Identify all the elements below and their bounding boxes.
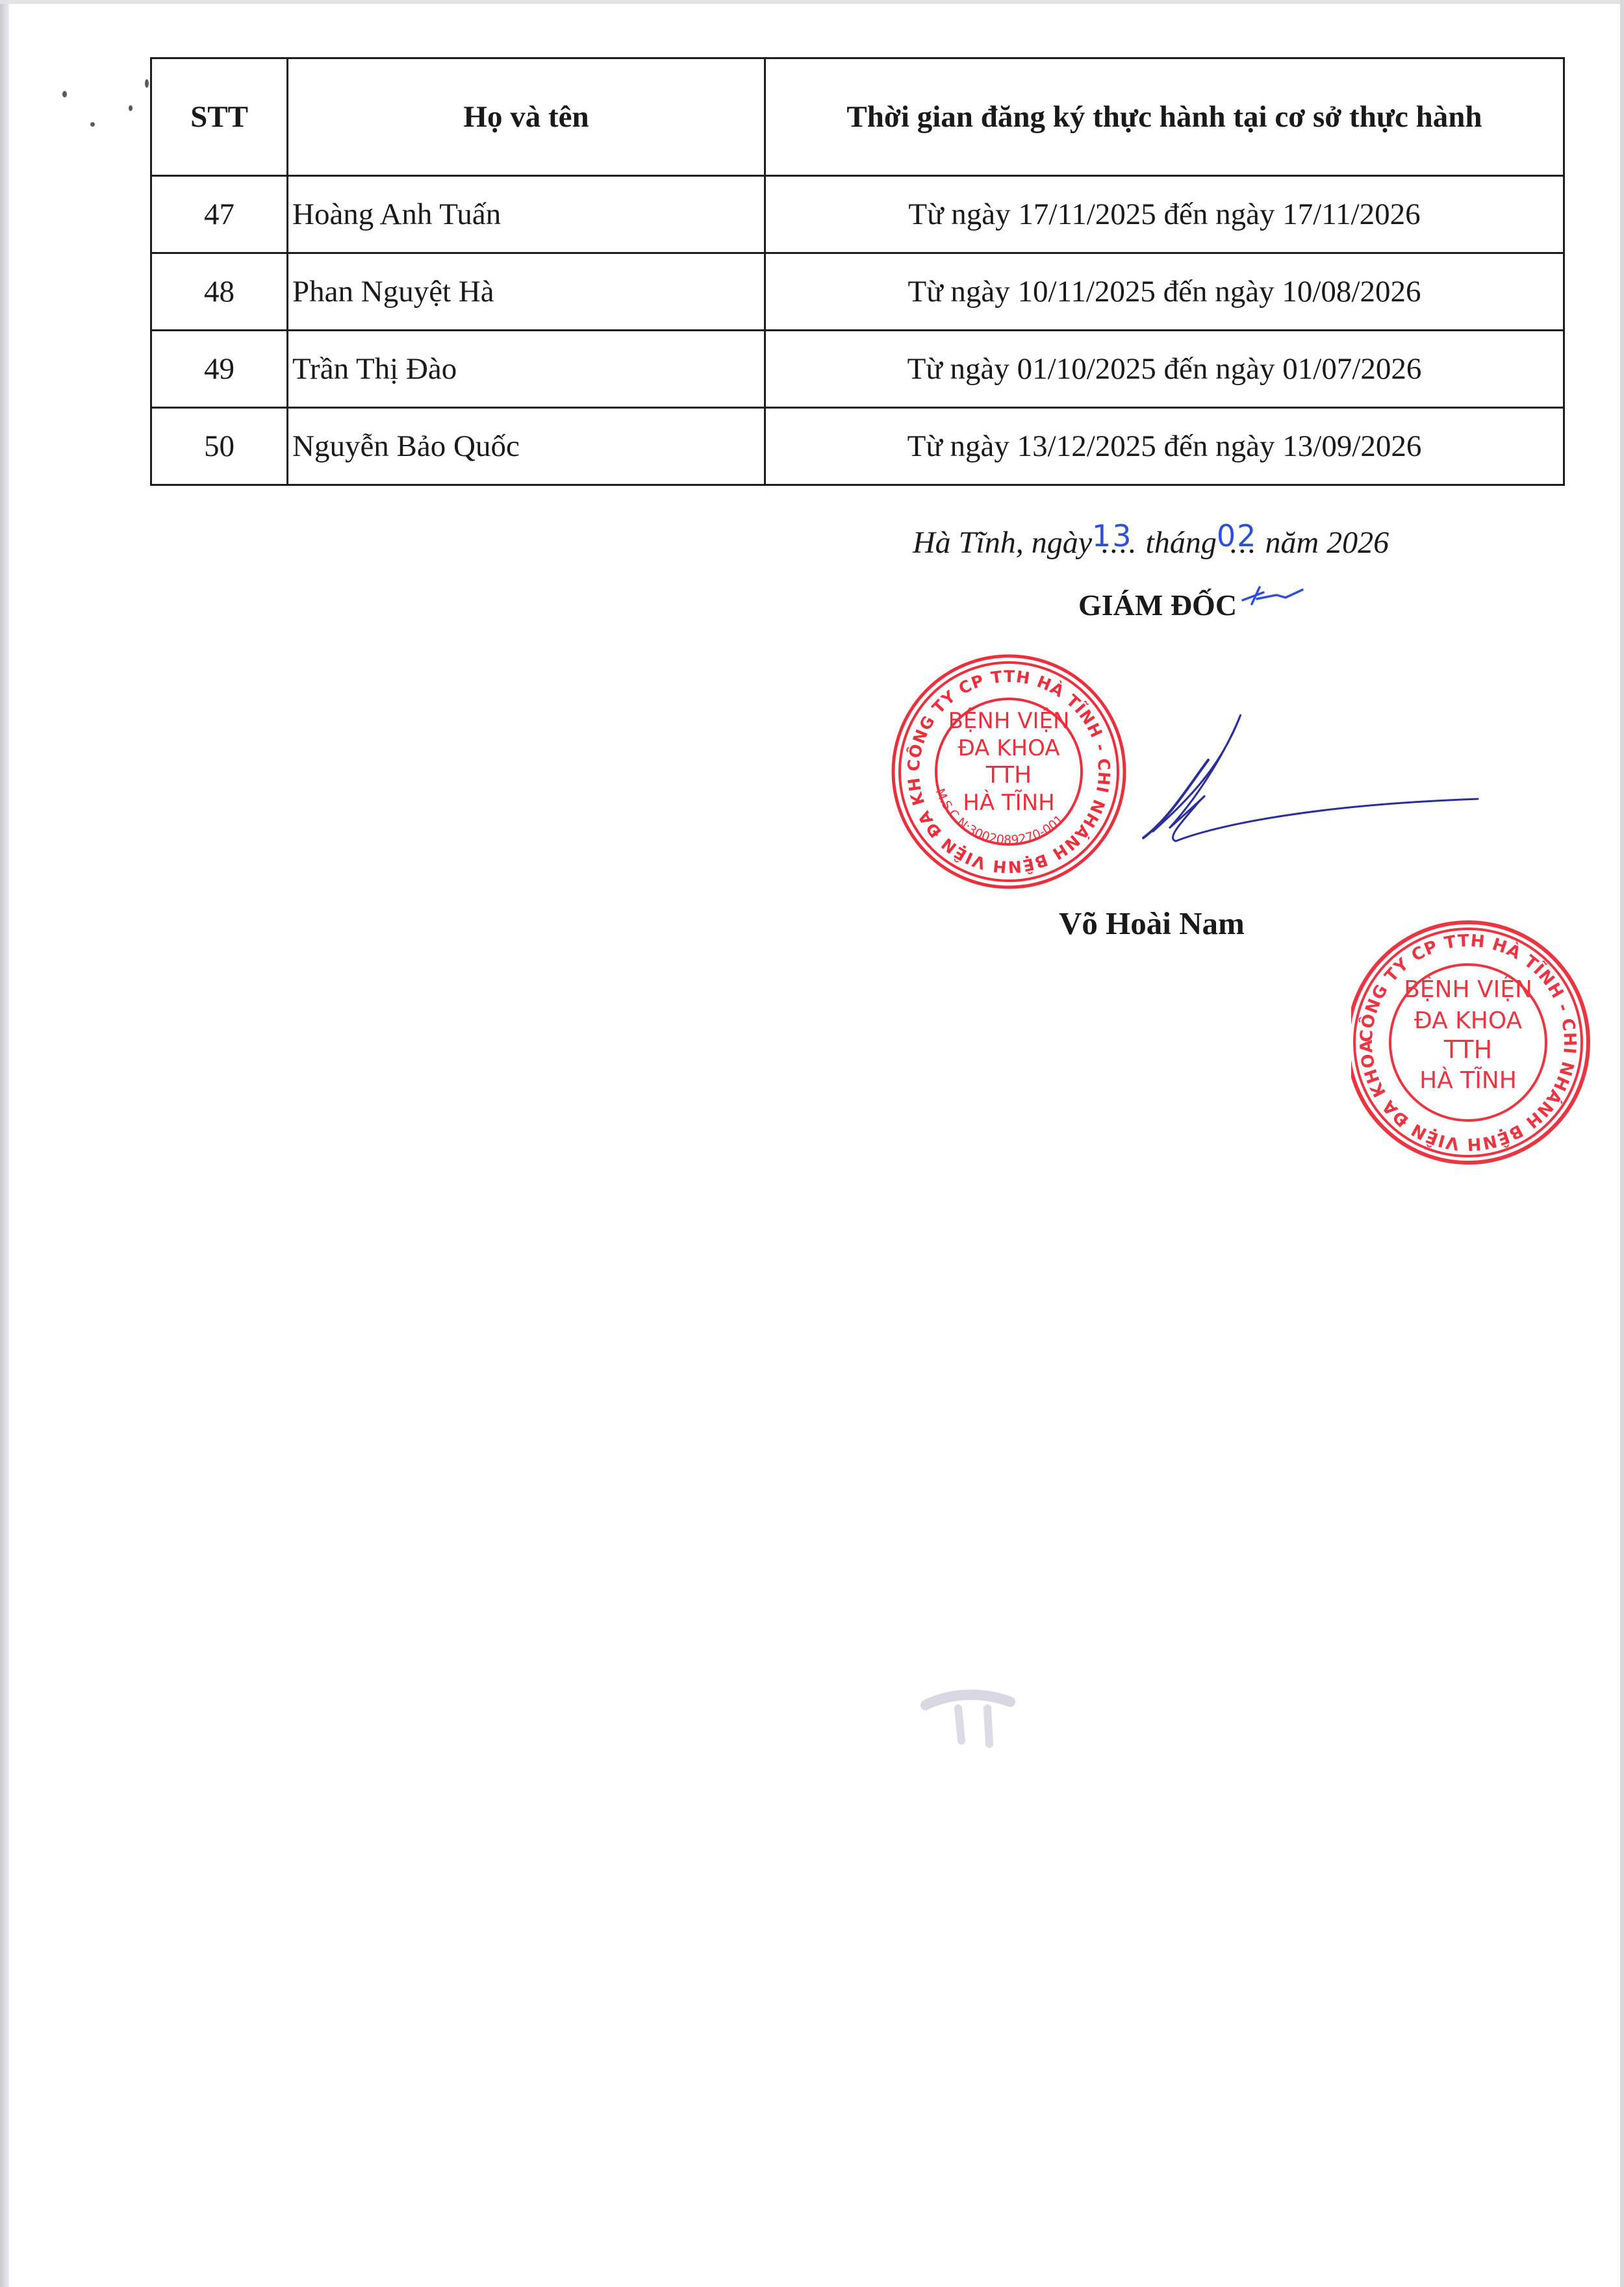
cell-name: Trần Thị Đào <box>288 331 765 408</box>
svg-text:ĐA KHOA: ĐA KHOA <box>958 735 1059 761</box>
svg-text:TTH: TTH <box>985 762 1032 789</box>
cell-name: Phan Nguyệt Hà <box>288 253 765 331</box>
header-stt: STT <box>151 58 288 176</box>
scan-smudge <box>913 1679 1023 1750</box>
table-row: 50 Nguyễn Bảo Quốc Từ ngày 13/12/2025 đế… <box>151 408 1564 485</box>
header-period: Thời gian đăng ký thực hành tại cơ sở th… <box>765 58 1564 176</box>
svg-text:HÀ TĨNH: HÀ TĨNH <box>1419 1067 1517 1094</box>
cell-period: Từ ngày 17/11/2025 đến ngày 17/11/2026 <box>765 176 1564 253</box>
signer-title: GIÁM ĐỐC <box>1078 588 1237 622</box>
day-field: 13.... <box>1092 525 1138 560</box>
scan-speck <box>90 122 95 127</box>
scan-edge-top <box>0 0 1624 4</box>
scan-edge-left <box>0 0 9 2287</box>
cell-stt: 50 <box>151 408 288 485</box>
place-date-line: Hà Tĩnh, ngày13.... tháng02... năm 2026 <box>913 525 1419 561</box>
initial-mark-icon <box>1237 585 1309 611</box>
scan-speck <box>145 79 149 88</box>
year-text: năm 2026 <box>1265 525 1389 560</box>
partial-seal-edge: CÔNG TY CP TTH HÀ TĨNH - CHI NHÁNH BỆNH … <box>1351 906 1624 1179</box>
handwritten-month: 02 <box>1217 518 1258 553</box>
practice-registration-table: STT Họ và tên Thời gian đăng ký thực hàn… <box>150 57 1565 486</box>
month-field: 02... <box>1217 525 1258 560</box>
cell-period: Từ ngày 01/10/2025 đến ngày 01/07/2026 <box>765 331 1564 408</box>
place-prefix: Hà Tĩnh, ngày <box>913 525 1092 560</box>
cell-period: Từ ngày 13/12/2025 đến ngày 13/09/2026 <box>765 408 1564 485</box>
svg-text:BỆNH VIỆN: BỆNH VIỆN <box>1404 976 1532 1003</box>
header-name: Họ và tên <box>288 58 765 176</box>
svg-text:TTH: TTH <box>1443 1035 1492 1064</box>
svg-text:ĐA KHOA: ĐA KHOA <box>1414 1007 1523 1034</box>
table-row: 47 Hoàng Anh Tuấn Từ ngày 17/11/2025 đến… <box>151 176 1564 253</box>
cell-stt: 47 <box>151 176 288 253</box>
month-label: tháng <box>1146 525 1217 560</box>
table-row: 48 Phan Nguyệt Hà Từ ngày 10/11/2025 đến… <box>151 253 1564 331</box>
svg-text:HÀ TĨNH: HÀ TĨNH <box>963 789 1054 816</box>
signer-name: Võ Hoài Nam <box>1059 905 1245 942</box>
svg-text:BỆNH VIỆN: BỆNH VIỆN <box>948 707 1070 734</box>
cell-stt: 48 <box>151 253 288 331</box>
cell-period: Từ ngày 10/11/2025 đến ngày 10/08/2026 <box>765 253 1564 331</box>
cell-name: Nguyễn Bảo Quốc <box>288 408 765 485</box>
scan-speck <box>62 91 67 97</box>
cell-stt: 49 <box>151 331 288 408</box>
partial-seal-icon: CÔNG TY CP TTH HÀ TĨNH - CHI NHÁNH BỆNH … <box>1351 906 1624 1179</box>
handwritten-day: 13 <box>1092 518 1133 553</box>
handwritten-signature-icon <box>1104 708 1494 857</box>
official-seal-icon: CÔNG TY CP TTH HÀ TĨNH - CHI NHÁNH BỆNH … <box>889 651 1129 892</box>
scan-speck <box>129 105 133 111</box>
table-row: 49 Trần Thị Đào Từ ngày 01/10/2025 đến n… <box>151 331 1564 408</box>
table-header-row: STT Họ và tên Thời gian đăng ký thực hàn… <box>151 58 1564 176</box>
cell-name: Hoàng Anh Tuấn <box>288 176 765 253</box>
